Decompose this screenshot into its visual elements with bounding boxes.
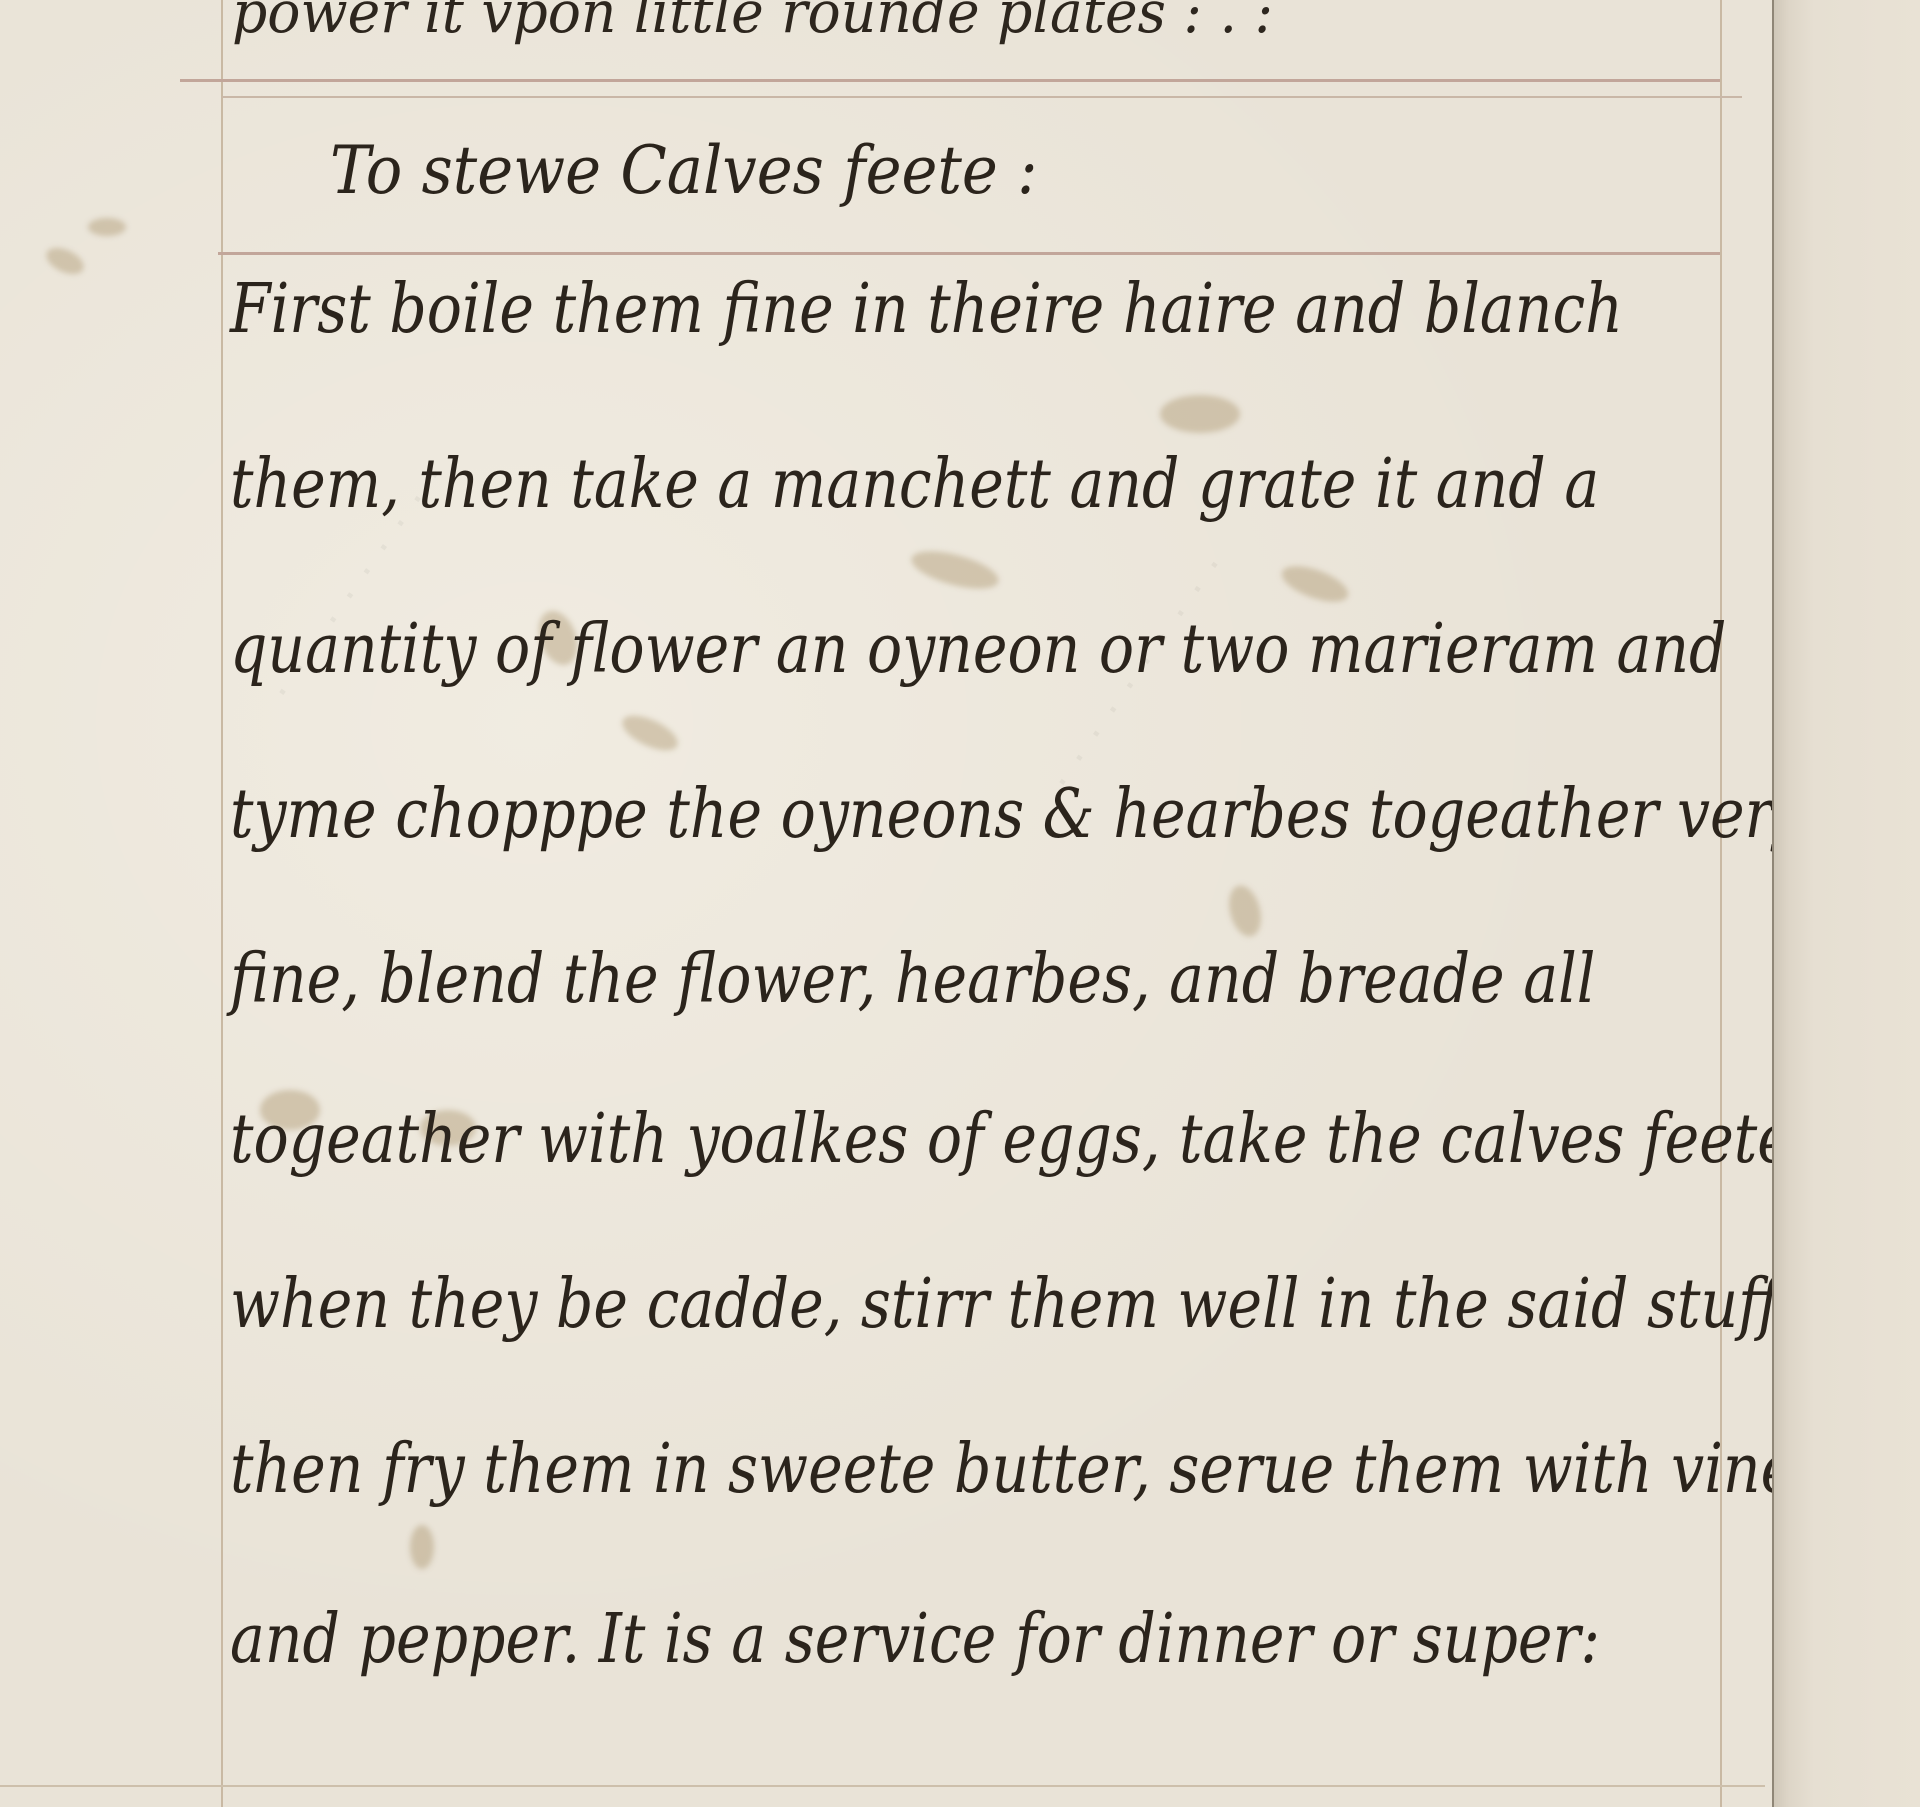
ink-stain <box>1277 559 1352 609</box>
recipe-line: then fry them in sweete butter, serue th… <box>230 1430 1895 1509</box>
ink-stain <box>1224 882 1266 940</box>
recipe-line: when they be cadde, stirr them well in t… <box>230 1265 1814 1344</box>
ink-stain <box>42 243 88 280</box>
recipe-line: tyme chopppe the oyneons & hearbes togea… <box>230 775 1806 854</box>
ink-stain <box>617 709 682 758</box>
ink-stain <box>88 218 126 236</box>
adjacent-page-edge <box>1772 0 1920 1807</box>
recipe-title: To stewe Calves feete : <box>330 132 1038 209</box>
previous-recipe-tail: power it vpon little rounde plates : . : <box>232 0 1273 46</box>
recipe-line: them, then take a manchett and grate it … <box>230 445 1599 524</box>
recipe-line: fine, blend the flower, hearbes, and bre… <box>230 940 1595 1019</box>
page-bottom-rule <box>0 1785 1765 1787</box>
left-margin-rule <box>221 0 223 1807</box>
recipe-line: togeather with yoalkes of eggs, take the… <box>230 1100 1792 1179</box>
ink-stain <box>410 1525 434 1569</box>
manuscript-page: · · · · · · · · · · · · · · · · · · · · … <box>0 0 1772 1807</box>
heading-rule-bottom <box>218 252 1720 255</box>
ink-stain <box>1160 395 1240 433</box>
recipe-line: First boile them fine in theire haire an… <box>230 270 1623 349</box>
heading-rule-top <box>180 79 1720 82</box>
recipe-line: quantity of flower an oyneon or two mari… <box>230 610 1726 689</box>
heading-rule-second <box>222 96 1742 98</box>
ink-stain <box>908 544 1003 596</box>
right-margin-rule <box>1720 0 1722 1807</box>
recipe-line: and pepper. It is a service for dinner o… <box>230 1600 1600 1679</box>
